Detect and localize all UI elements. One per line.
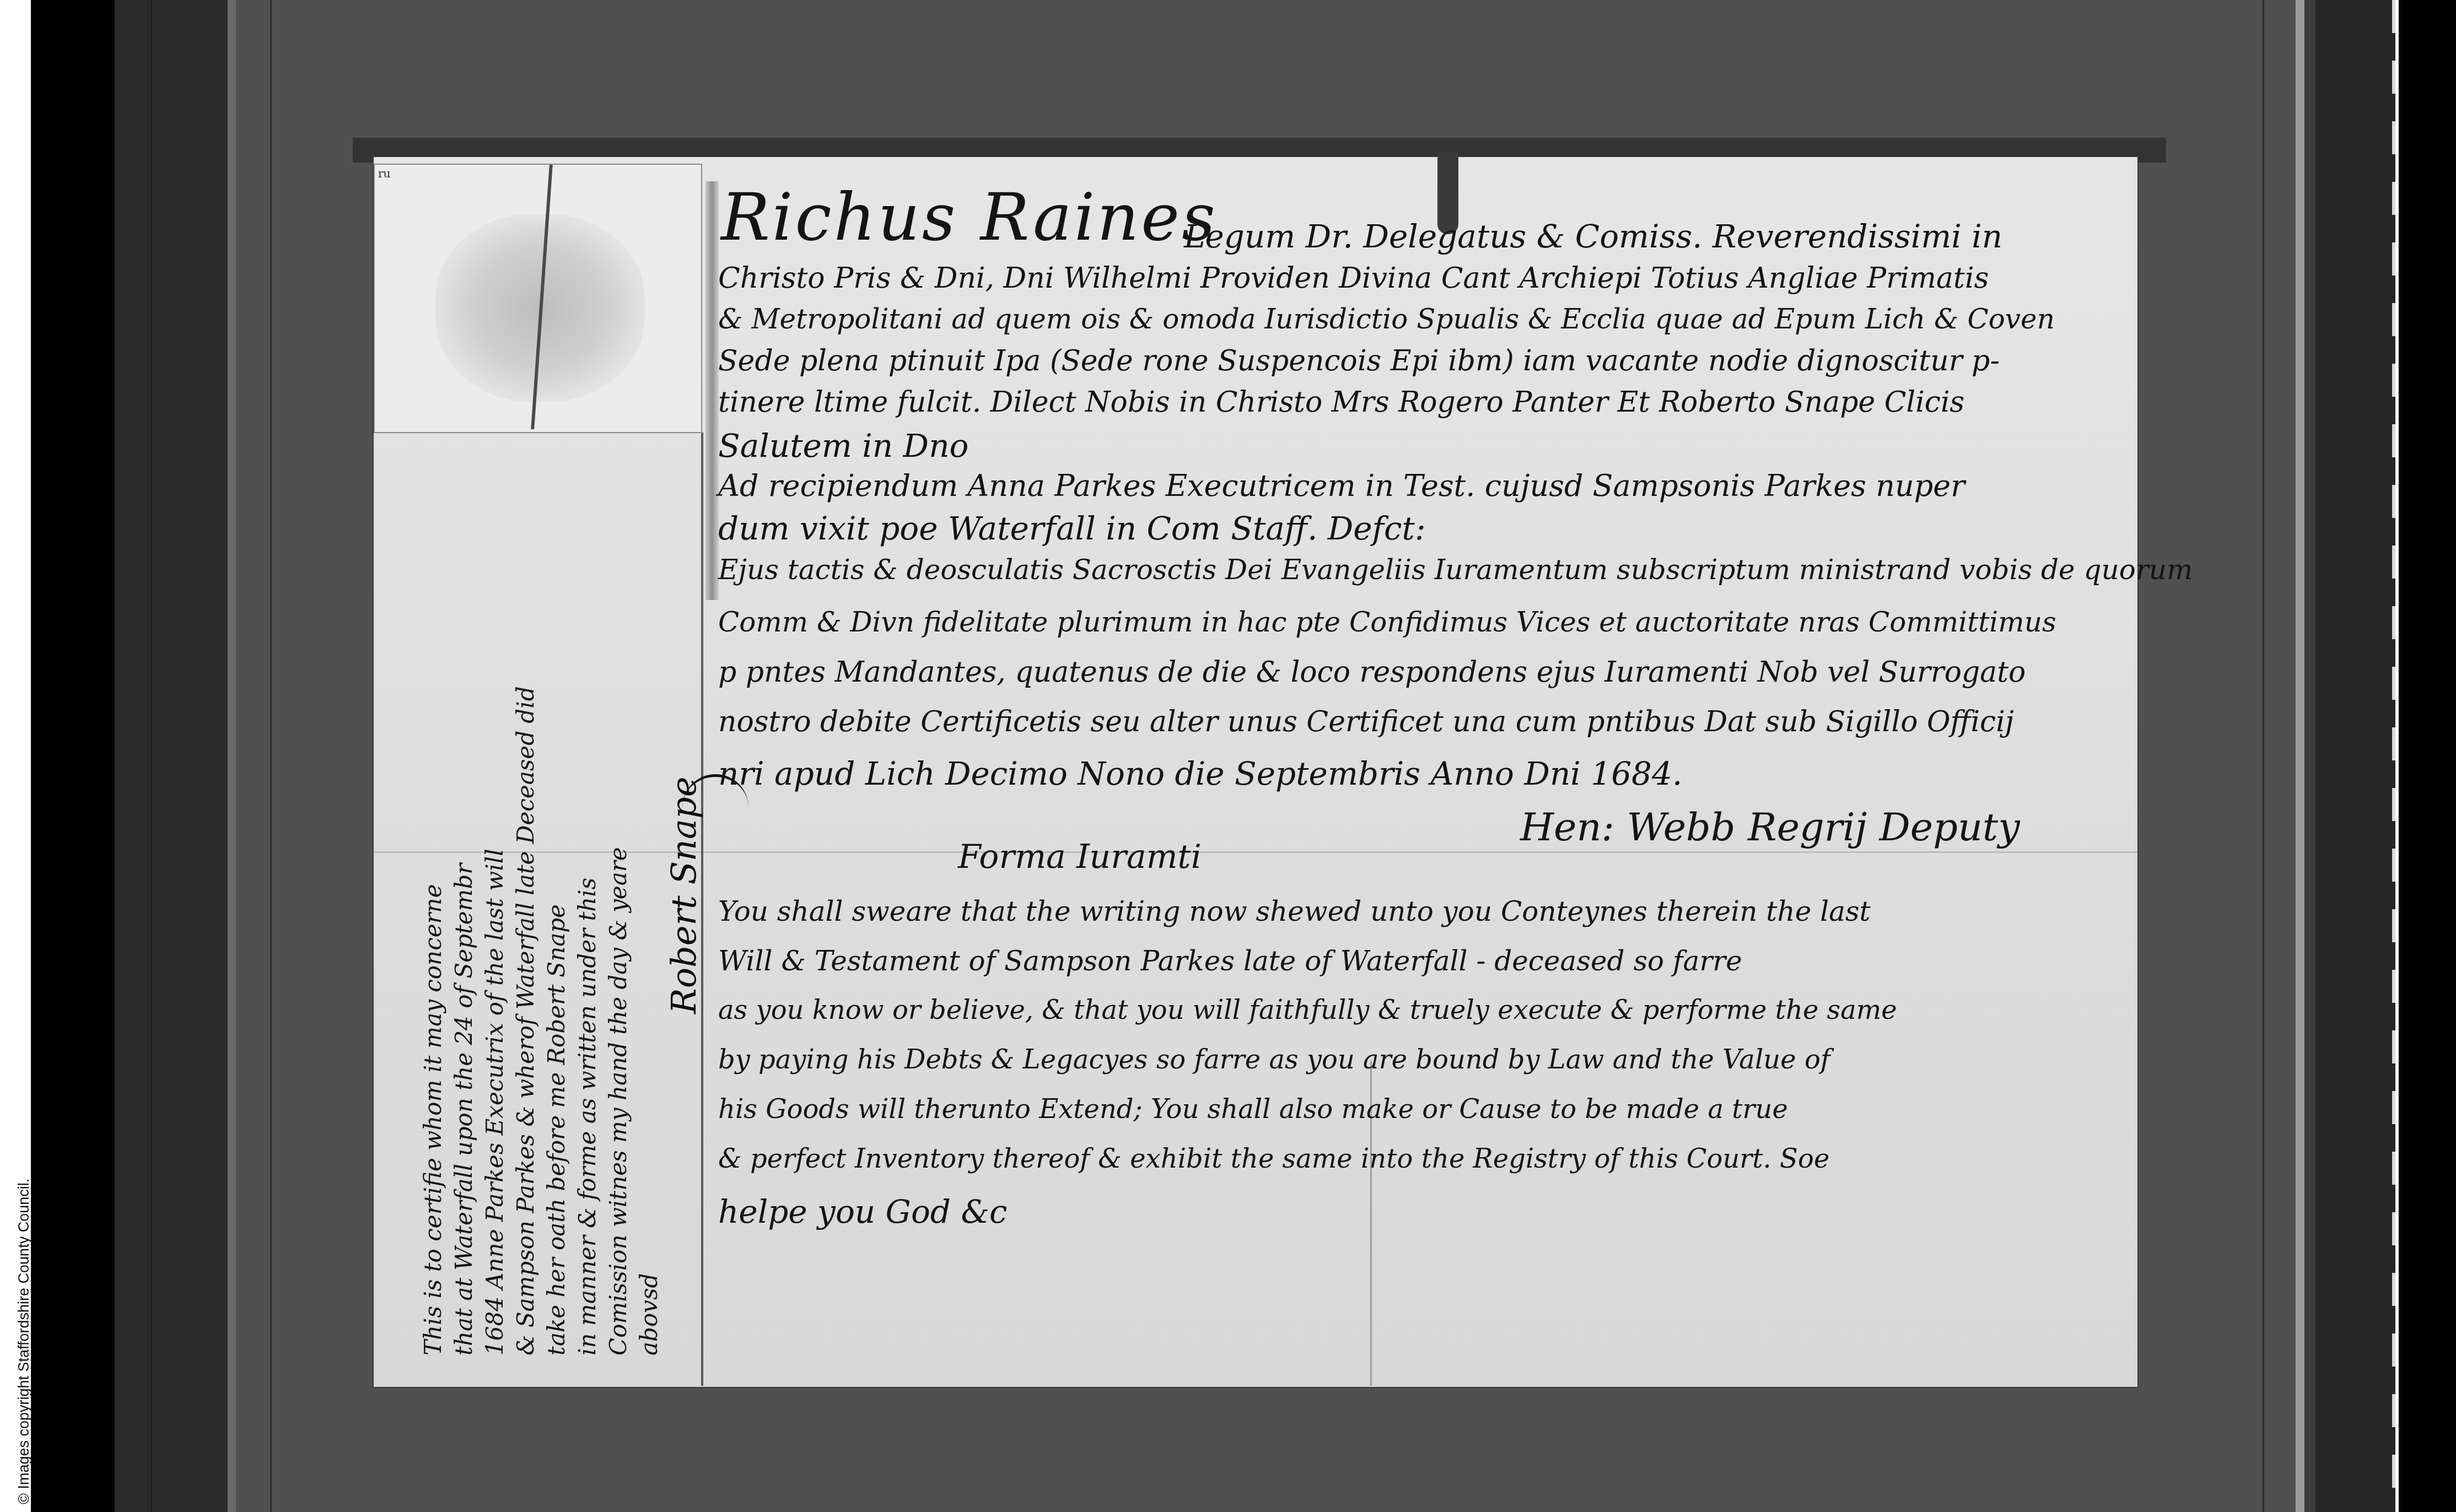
certificate-line: take her oath before me Robert Snape	[541, 617, 572, 1356]
commission-line: Sede plena ptinuit Ipa (Sede rone Suspen…	[718, 344, 2000, 377]
commission-line: Salutem in Dno	[718, 427, 968, 465]
certificate-line: in manner & forme as written under this	[572, 617, 603, 1356]
oath-line: & perfect Inventory thereof & exhibit th…	[718, 1143, 1829, 1174]
commission-line: Ad recipiendum Anna Parkes Executricem i…	[718, 468, 1965, 503]
mount-line-left	[270, 0, 272, 1512]
commission-heading-name: Richus Raines	[721, 179, 1218, 255]
oath-line: Will & Testament of Sampson Parkes late …	[718, 945, 1742, 977]
oath-line: by paying his Debts & Legacyes so farre …	[718, 1044, 1830, 1075]
mount-edge-left	[228, 0, 236, 1512]
oath-heading: Forma Iuramti	[958, 838, 1202, 876]
manuscript-page: ru Richus Raines Legum Dr. Delegatus & C…	[374, 157, 2137, 1387]
flourish-bracket	[682, 774, 748, 865]
commission-line: Legum Dr. Delegatus & Comiss. Reverendis…	[1184, 218, 2002, 255]
film-edge-right	[2315, 0, 2395, 1512]
commission-line: & Metropolitani ad quem ois & omoda Iuri…	[718, 303, 2055, 335]
commission-line: Comm & Divn fidelitate plurimum in hac p…	[718, 606, 2056, 638]
film-border-left	[31, 0, 115, 1512]
mount-shade-right	[2304, 0, 2315, 1512]
film-border-right	[2399, 0, 2456, 1512]
certificate-line: that at Waterfall upon the 24 of Septemb…	[449, 617, 480, 1356]
mount-edge-right	[2296, 0, 2304, 1512]
slip-fold	[705, 181, 719, 600]
film-edge-left	[115, 0, 228, 1512]
certificate-line: & Sampson Parkes & wherof Waterfall late…	[510, 617, 541, 1356]
certificate-line: 1684 Anne Parkes Executrix of the last w…	[480, 617, 510, 1356]
commission-line: tinere ltime fulcit. Dilect Nobis in Chr…	[718, 386, 1964, 419]
oath-line: helpe you God &c	[718, 1193, 1008, 1230]
commission-line: p pntes Mandantes, quatenus de die & loc…	[718, 656, 2026, 689]
oath-line: You shall sweare that the writing now sh…	[718, 895, 1871, 927]
commission-line: Christo Pris & Dni, Dni Wilhelmi Provide…	[718, 262, 1989, 295]
certificate-line: This is to certifie whom it may concerne	[418, 617, 449, 1356]
copyright-strip: © Images copyright Staffordshire County …	[0, 0, 31, 1512]
copyright-notice: © Images copyright Staffordshire County …	[15, 1179, 33, 1504]
commission-line: Ejus tactis & deosculatis Sacrosctis Dei…	[718, 554, 2193, 586]
certificate-line: Comission witnes my hand the day & yeare	[603, 617, 634, 1356]
commission-line: dum vixit poe Waterfall in Com Staff. De…	[718, 510, 1425, 547]
seal-slip: ru	[374, 164, 702, 433]
certificate-line: abovsd	[634, 617, 665, 1356]
oath-line: as you know or believe, & that you will …	[718, 995, 1897, 1025]
slip-corner-mark: ru	[378, 167, 390, 180]
commission-line: nostro debite Certificetis seu alter unu…	[718, 705, 2014, 738]
registrar-signature: Hen: Webb Regrij Deputy	[1520, 804, 2020, 850]
commission-date-line: nri apud Lich Decimo Nono die Septembris…	[718, 755, 1682, 792]
film-sprocket-holes	[2392, 0, 2395, 1512]
mount-line-right	[2263, 0, 2264, 1512]
oath-line: his Goods will therunto Extend; You shal…	[718, 1094, 1788, 1125]
margin-certificate: This is to certifie whom it may concerne…	[418, 617, 699, 1356]
